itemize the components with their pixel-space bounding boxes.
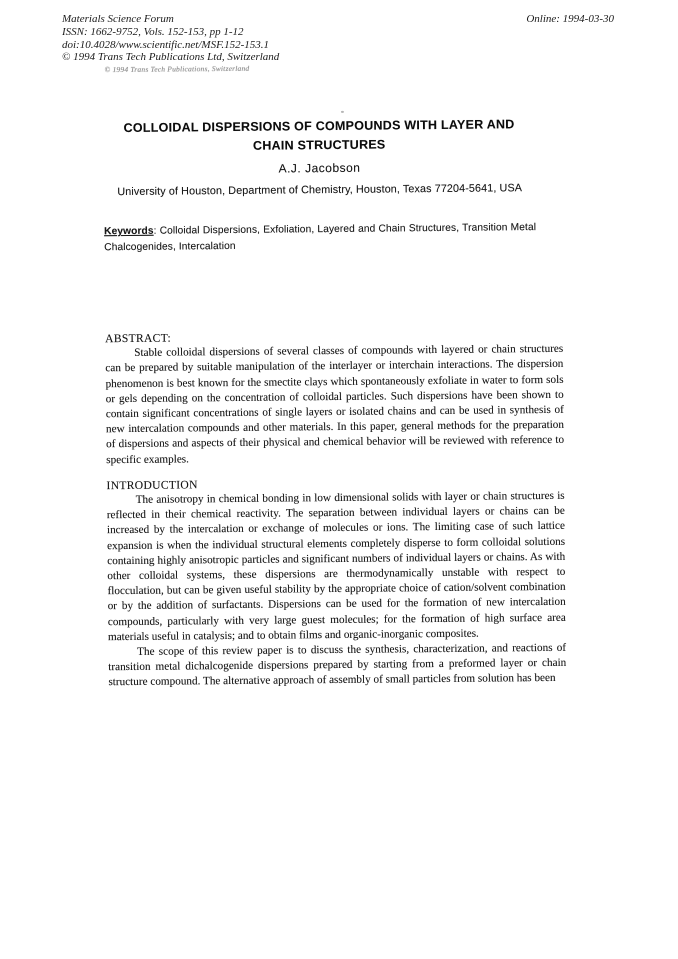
body-paragraph: The scope of this review paper is to dis… [108,641,566,691]
scanned-article-area: © 1994 Trans Tech Publications, Switzerl… [0,0,678,959]
document-page: Materials Science Forum ISSN: 1662-9752,… [0,0,678,959]
keywords-text: : Colloidal Dispersions, Exfoliation, La… [104,222,536,253]
scan-artifact-speck [341,111,344,113]
copyright-stamp: © 1994 Trans Tech Publications, Switzerl… [104,64,249,74]
article-section: INTRODUCTIONThe anisotropy in chemical b… [106,474,566,691]
author-affiliation: University of Houston, Department of Che… [58,182,582,199]
keywords-label: Keywords [104,226,154,237]
article-body: ABSTRACT:Stable colloidal dispersions of… [105,327,566,691]
article-section: ABSTRACT:Stable colloidal dispersions of… [105,327,564,468]
paper-title: COLLOIDAL DISPERSIONS OF COMPOUNDS WITH … [57,115,581,158]
keywords-line: Keywords: Colloidal Dispersions, Exfolia… [104,220,536,255]
body-paragraph: The anisotropy in chemical bonding in lo… [107,489,566,645]
body-paragraph: Stable colloidal dispersions of several … [105,342,564,468]
author-name: A.J. Jacobson [57,159,581,178]
